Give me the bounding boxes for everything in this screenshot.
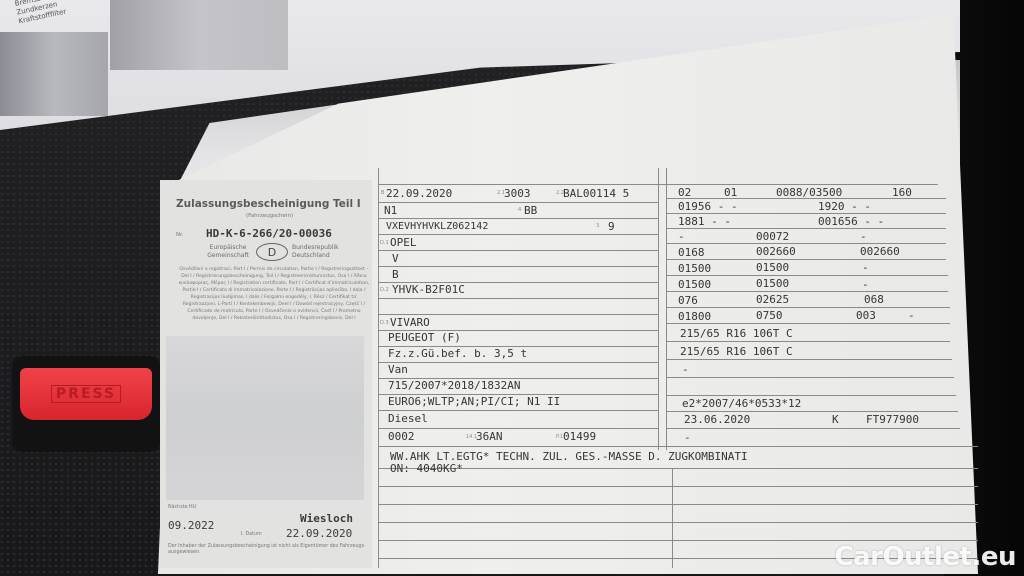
fuel-code: 0002 — [388, 430, 415, 444]
divider — [666, 428, 960, 429]
owner-footnote: Der Inhaber der Zulassungsbescheinigung … — [168, 544, 368, 556]
number-label: Nr. — [176, 232, 184, 238]
field-code: D.3 — [380, 320, 389, 326]
date-label: I. Datum — [241, 532, 262, 538]
top-speed: 160 — [892, 186, 912, 200]
length: 01956 - - — [678, 200, 738, 214]
issuing-city: Wiesloch — [300, 512, 353, 525]
divider — [378, 468, 978, 469]
noise-rpm: 02625 — [756, 293, 789, 307]
divider — [378, 522, 978, 523]
divider — [658, 168, 659, 450]
body-type-code: BB — [524, 204, 537, 218]
document-title: Zulassungsbescheinigung Teil I — [176, 198, 361, 210]
divider — [378, 410, 658, 411]
field-code: D.1 — [380, 240, 389, 246]
first-registration-date: 22.09.2020 — [386, 187, 452, 201]
multilingual-title: Osvědčení o registraci, Part I / Permis … — [176, 266, 372, 322]
divider — [378, 540, 978, 541]
country-label: Bundesrepublik Deutschland — [292, 244, 352, 260]
field-code: B — [381, 190, 384, 196]
divider — [378, 250, 658, 251]
manufacturer-code: 3003 — [504, 187, 531, 201]
divider — [378, 218, 658, 219]
displacement: 01499 — [563, 430, 596, 444]
divider — [378, 168, 379, 568]
vin: VXEVHYHVKLZ062142 — [386, 220, 488, 234]
redacted-area — [0, 32, 108, 116]
divider — [378, 504, 978, 505]
emission-regulation: 715/2007*2018/1832AN — [388, 379, 520, 393]
eu-label: Europäische Gemeinschaft — [200, 244, 256, 260]
divider — [378, 446, 978, 447]
axles: 02 — [678, 186, 691, 200]
divider — [378, 234, 658, 235]
divider — [666, 307, 950, 308]
next-hu-label: Nächste HU — [168, 505, 196, 511]
divider — [666, 395, 956, 396]
towing-braked: 01800 — [678, 310, 711, 324]
axle-load-8-2: 01500 — [756, 277, 789, 291]
booklet-text: Bremsbelage Zundkerzen Kraftstofffilter — [14, 0, 67, 26]
divider — [666, 341, 950, 342]
vehicle-category: Fz.z.Gü.bef. b. 3,5 t — [388, 347, 527, 361]
version: YHVK-B2F01C — [392, 283, 465, 297]
divider — [378, 362, 658, 363]
type-approval: e2*2007/46*0533*12 — [682, 397, 801, 411]
drive-axles: 01 — [724, 186, 737, 200]
field-17: K — [832, 413, 839, 427]
buckle-press-button: PRESS — [20, 368, 152, 420]
divider — [666, 377, 954, 378]
emission-class: EURO6;WLTP;AN;PI/CI; N1 II — [388, 395, 560, 409]
divider — [378, 184, 938, 185]
divider — [666, 359, 952, 360]
type-code: BAL00114 5 — [563, 187, 629, 201]
max-mass-f1: 002660 — [756, 245, 796, 259]
field-code: 3 — [596, 223, 599, 229]
axle-load-3: - — [862, 261, 869, 275]
noise-driving: 068 — [864, 293, 884, 307]
field-12: - — [678, 230, 685, 244]
co2-value: 0168 — [678, 246, 705, 260]
divider — [378, 428, 658, 429]
axle-load-8-3: - — [862, 278, 869, 292]
tyre-axle-1: 215/65 R16 106T C — [680, 327, 793, 341]
divider — [666, 168, 667, 450]
remarks-line-2: ON: 4040KG* — [390, 462, 463, 476]
divider — [672, 468, 673, 568]
variant: B — [392, 268, 399, 282]
field-code: P.1 — [556, 434, 563, 440]
body-description: Van — [388, 363, 408, 377]
make: OPEL — [390, 236, 417, 250]
emission-key: 36AN — [476, 430, 503, 444]
country-oval: D — [256, 243, 288, 261]
issue-date: 22.09.2020 — [286, 527, 352, 540]
divider — [378, 298, 658, 299]
field-code: 4 — [518, 207, 521, 213]
field-code: D.2 — [380, 287, 389, 293]
type: V — [392, 252, 399, 266]
divider — [666, 411, 958, 412]
height: 1920 - - — [818, 200, 871, 214]
divider — [666, 243, 946, 244]
press-label: PRESS — [51, 385, 121, 403]
country-code: D — [268, 246, 276, 259]
power-displacement: 0088/03500 — [776, 186, 842, 200]
redacted-area — [110, 0, 288, 70]
manufacturer-name: PEUGEOT (F) — [388, 331, 461, 345]
axle-load-1: 01500 — [678, 262, 711, 276]
empty-mass: 001656 - - — [818, 215, 884, 229]
seats: 003 — [856, 309, 876, 323]
document-subtitle: (Fahrzeugschein) — [246, 213, 293, 219]
document-number: HD-K-6-266/20-00036 — [206, 227, 332, 240]
standing-places: - — [908, 309, 915, 323]
check-digit: 9 — [608, 220, 615, 234]
fuel-type: Diesel — [388, 412, 428, 426]
divider — [378, 486, 978, 487]
approval-date: 23.06.2020 — [684, 413, 750, 427]
next-hu-date: 09.2022 — [168, 519, 214, 532]
axle-load-8-1: 01500 — [678, 278, 711, 292]
field-13: 00072 — [756, 230, 789, 244]
divider — [666, 259, 946, 260]
field-16: FT977900 — [866, 413, 919, 427]
max-mass-f2: 002660 — [860, 245, 900, 259]
watermark-logo: CarOutlet.eu — [835, 542, 1016, 572]
tyre-axle-2: 215/65 R16 106T C — [680, 345, 793, 359]
width: 1881 - - — [678, 215, 731, 229]
field-q: - — [860, 230, 867, 244]
vehicle-class: N1 — [384, 204, 397, 218]
divider — [378, 266, 658, 267]
divider — [378, 202, 658, 203]
tyre-axle-3: - — [682, 363, 689, 377]
divider — [378, 314, 658, 315]
field-21: - — [684, 431, 691, 445]
trade-name: VIVARO — [390, 316, 430, 330]
towing-unbraked: 0750 — [756, 309, 783, 323]
axle-load-2: 01500 — [756, 261, 789, 275]
redacted-area — [166, 336, 364, 500]
noise-standing: 076 — [678, 294, 698, 308]
